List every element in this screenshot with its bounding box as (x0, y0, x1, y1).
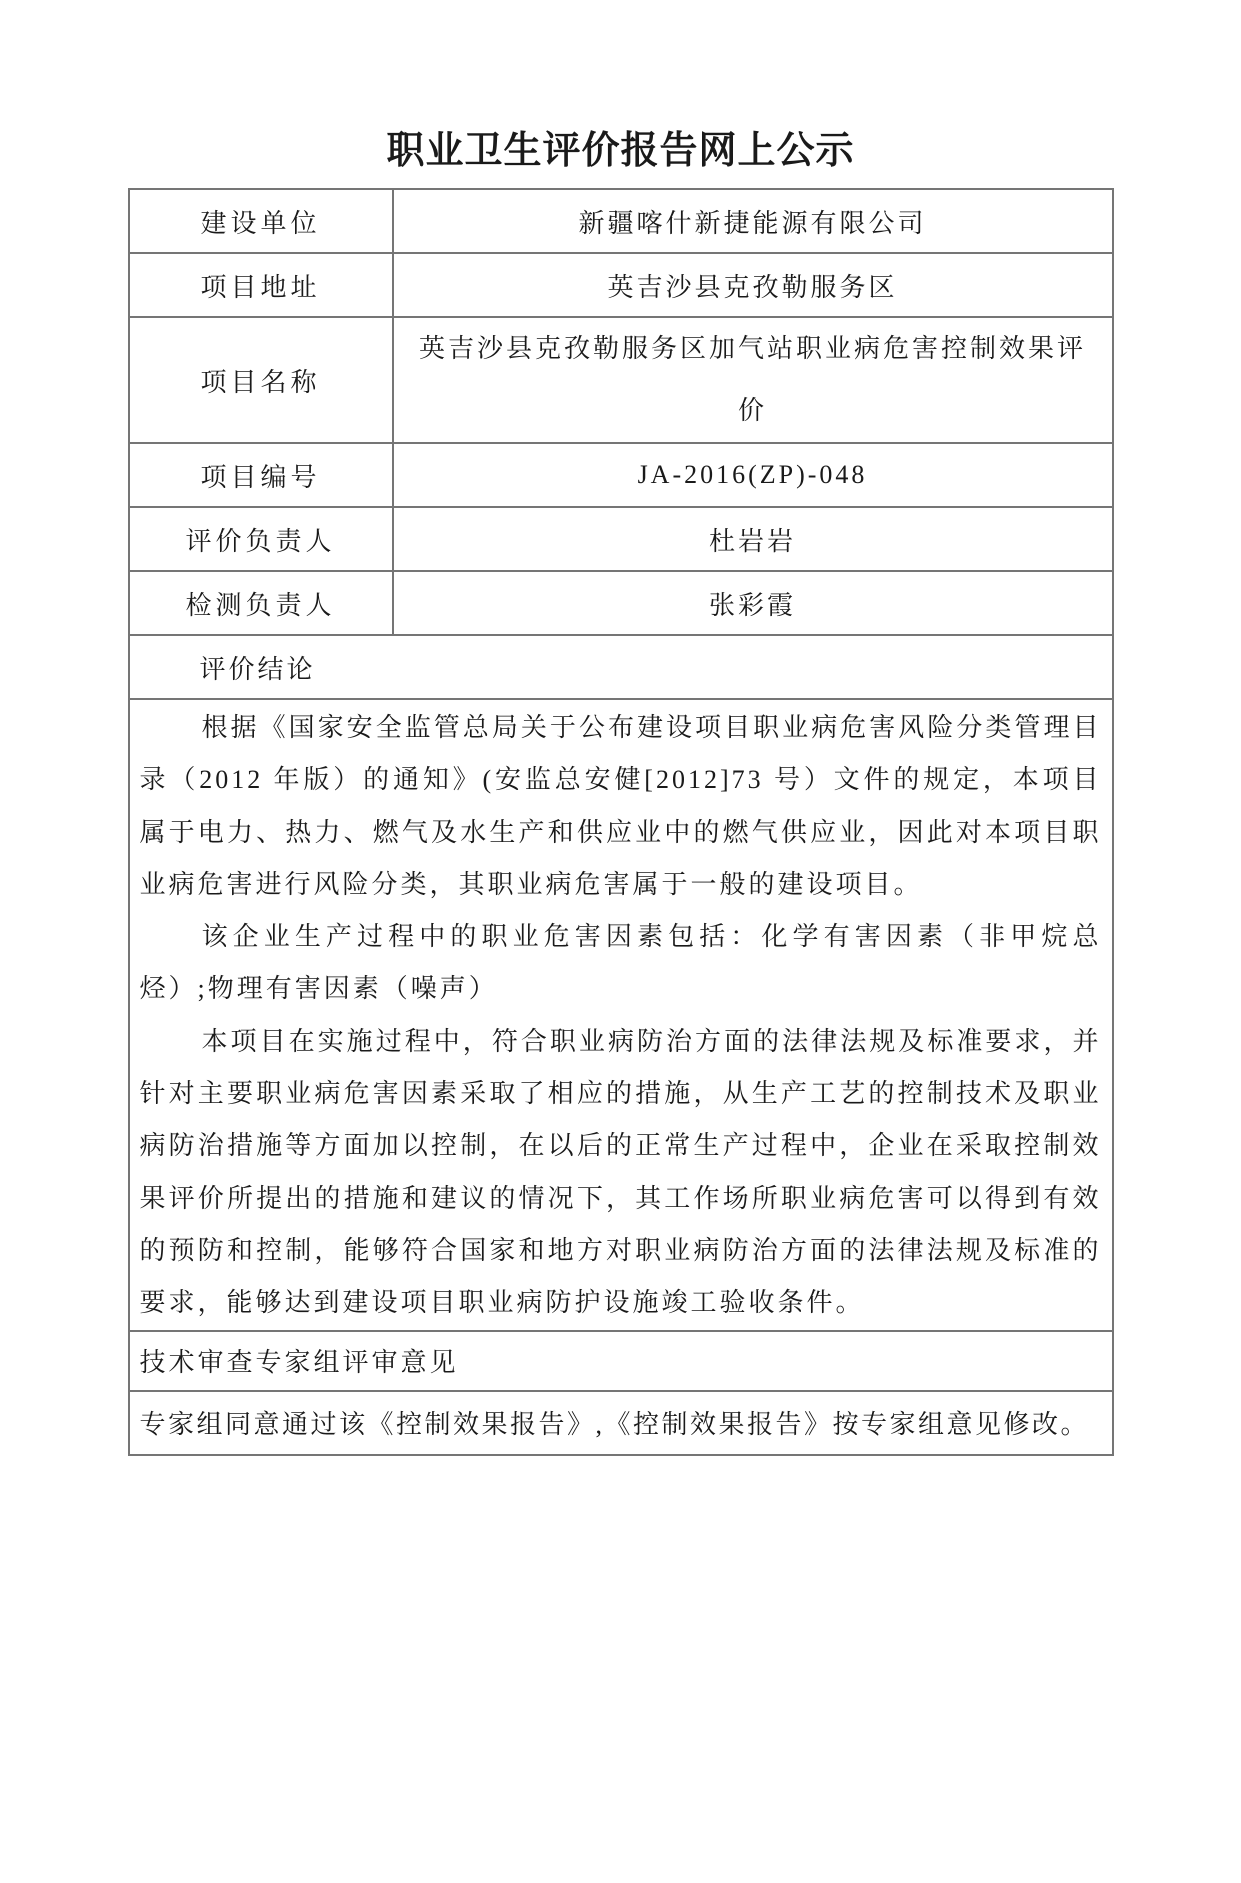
testing-leader-value: 张彩霞 (393, 571, 1113, 635)
evaluation-leader-value: 杜岩岩 (393, 507, 1113, 571)
evaluation-leader-label: 评价负责人 (129, 507, 393, 571)
table-row: 专家组同意通过该《控制效果报告》,《控制效果报告》按专家组意见修改。 (129, 1391, 1113, 1455)
project-name-value: 英吉沙县克孜勒服务区加气站职业病危害控制效果评价 (393, 317, 1113, 443)
table-row: 项目地址 英吉沙县克孜勒服务区 (129, 253, 1113, 317)
construction-unit-value: 新疆喀什新捷能源有限公司 (393, 189, 1113, 253)
expert-review-text: 专家组同意通过该《控制效果报告》,《控制效果报告》按专家组意见修改。 (129, 1391, 1113, 1455)
document-title: 职业卫生评价报告网上公示 (0, 128, 1241, 174)
table-row: 根据《国家安全监管总局关于公布建设项目职业病危害风险分类管理目录（2012 年版… (129, 699, 1113, 1331)
testing-leader-label: 检测负责人 (129, 571, 393, 635)
project-number-value: JA-2016(ZP)-048 (393, 443, 1113, 507)
conclusion-body: 根据《国家安全监管总局关于公布建设项目职业病危害风险分类管理目录（2012 年版… (129, 699, 1113, 1331)
conclusion-header: 评价结论 (129, 635, 1113, 699)
conclusion-paragraph: 该企业生产过程中的职业危害因素包括：化学有害因素（非甲烷总烃）;物理有害因素（噪… (140, 911, 1102, 1016)
project-name-label: 项目名称 (129, 317, 393, 443)
conclusion-paragraph: 根据《国家安全监管总局关于公布建设项目职业病危害风险分类管理目录（2012 年版… (140, 702, 1102, 911)
table-row: 建设单位 新疆喀什新捷能源有限公司 (129, 189, 1113, 253)
project-address-value: 英吉沙县克孜勒服务区 (393, 253, 1113, 317)
conclusion-paragraph: 本项目在实施过程中，符合职业病防治方面的法律法规及标准要求，并针对主要职业病危害… (140, 1016, 1102, 1330)
project-number-label: 项目编号 (129, 443, 393, 507)
report-table: 建设单位 新疆喀什新捷能源有限公司 项目地址 英吉沙县克孜勒服务区 项目名称 英… (128, 188, 1114, 1456)
table-row: 项目编号 JA-2016(ZP)-048 (129, 443, 1113, 507)
expert-review-header: 技术审查专家组评审意见 (129, 1331, 1113, 1391)
table-row: 检测负责人 张彩霞 (129, 571, 1113, 635)
construction-unit-label: 建设单位 (129, 189, 393, 253)
table-row: 项目名称 英吉沙县克孜勒服务区加气站职业病危害控制效果评价 (129, 317, 1113, 443)
table-row: 技术审查专家组评审意见 (129, 1331, 1113, 1391)
project-address-label: 项目地址 (129, 253, 393, 317)
table-row: 评价负责人 杜岩岩 (129, 507, 1113, 571)
table-row: 评价结论 (129, 635, 1113, 699)
